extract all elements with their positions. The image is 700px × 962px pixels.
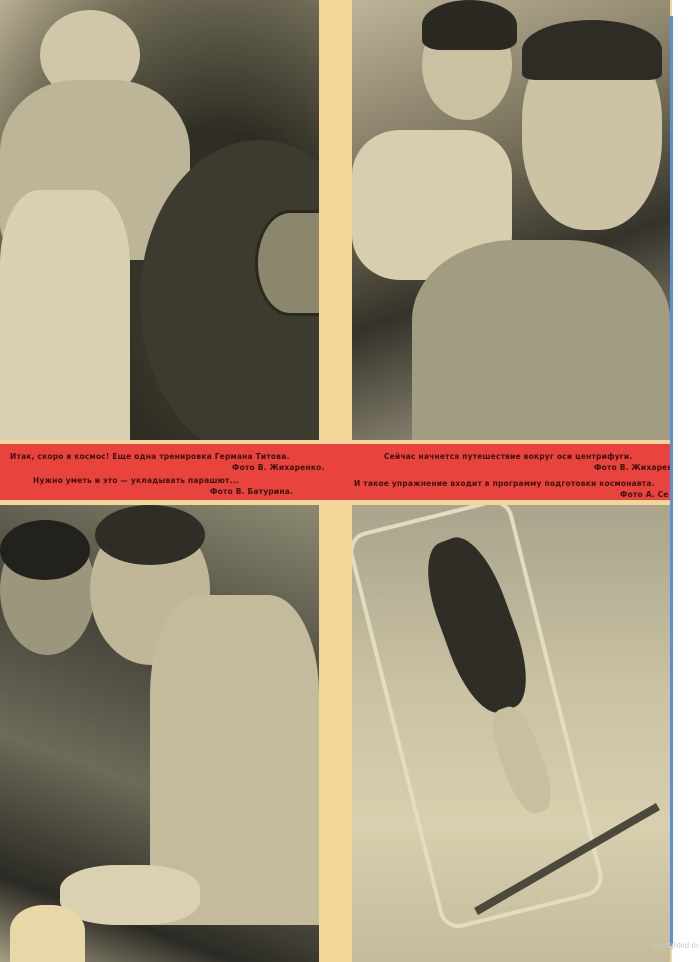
- copyright-watermark: Copyrighted m: [646, 941, 698, 950]
- caption-band: Итак, скоро в космос! Еще одна тренировк…: [0, 444, 672, 500]
- credit-top-right: Фото В. Жихарен: [594, 463, 672, 472]
- credit-top-left: Фото В. Жихаренко.: [232, 463, 325, 472]
- caption-top-right: Сейчас начнется путешествие вокруг оси ц…: [384, 452, 632, 461]
- page-edge-line: [670, 16, 673, 946]
- credit-bottom-left: Фото В. Батурина.: [210, 487, 293, 496]
- caption-bottom-right: И такое упражнение входит в программу по…: [354, 479, 655, 488]
- caption-top-left: Итак, скоро в космос! Еще одна тренировк…: [10, 452, 290, 461]
- magazine-page: Итак, скоро в космос! Еще одна тренировк…: [0, 0, 672, 962]
- photo-parachute-packing: [0, 505, 319, 962]
- credit-bottom-right: Фото А. Се: [620, 490, 669, 499]
- photo-centrifuge: [352, 0, 670, 440]
- photo-gymnastic-wheel: [352, 505, 670, 962]
- photo-cosmonaut-helmet: [0, 0, 319, 440]
- caption-bottom-left: Нужно уметь и это — укладывать парашют..…: [33, 476, 239, 485]
